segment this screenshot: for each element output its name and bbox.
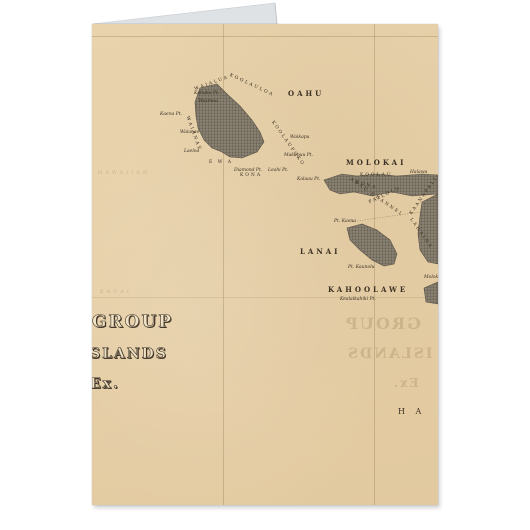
- bleed-through-group: GROUP: [344, 314, 421, 333]
- island-shapes: [92, 24, 438, 505]
- place-kalaau: Kalaau Pt.: [297, 178, 320, 183]
- map-card-front: OAHU Kahuku Pt. Waimea Kaena Pt. Waianae…: [92, 24, 438, 505]
- lanai-label: LANAI: [300, 248, 340, 255]
- oahu-label: OAHU: [288, 90, 324, 97]
- kahoolawe-island: [424, 282, 438, 304]
- place-waikapu: Waikapu: [290, 136, 310, 141]
- title-line-ex: Ex.: [92, 376, 120, 392]
- place-waimea: Waimea: [198, 99, 218, 104]
- title-line-islands: SLANDS: [92, 346, 168, 362]
- bleed-through-islands: ISLANDS: [346, 346, 432, 362]
- kahoolawe-label: KAHOOLAWE: [328, 286, 408, 293]
- place-kaena: Kaena Pt.: [160, 113, 182, 118]
- faint-label-hawaiian: HAWAIIAN: [98, 170, 150, 176]
- partial-title-right: H A: [398, 408, 425, 416]
- district-kona: KONA: [240, 174, 262, 179]
- place-lanai-kaena: Pt. Kaena: [334, 220, 356, 225]
- place-kaunolu: Pt. Kaunolu: [348, 266, 375, 271]
- place-halawa: Halawa: [410, 171, 427, 176]
- place-leahi: Leahi Pt.: [268, 169, 288, 174]
- product-stage: OAHU Kahuku Pt. Waimea Kaena Pt. Waianae…: [0, 0, 530, 530]
- lanai-island: [347, 224, 397, 266]
- molokai-koolau: KOOLAU: [360, 174, 393, 179]
- molokai-label: MOLOKAI: [346, 159, 406, 166]
- place-kahuku: Kahuku Pt.: [194, 92, 219, 97]
- district-ewa: E W A: [209, 161, 233, 166]
- place-kealaikahiki: Kealaikahiki Pt.: [340, 298, 376, 303]
- title-line-group: GROUP: [92, 312, 173, 332]
- faint-label-kauai: KAUAI: [100, 289, 132, 295]
- bleed-through-ex: Ex.: [392, 376, 418, 390]
- place-molokini: Molokini: [424, 276, 438, 281]
